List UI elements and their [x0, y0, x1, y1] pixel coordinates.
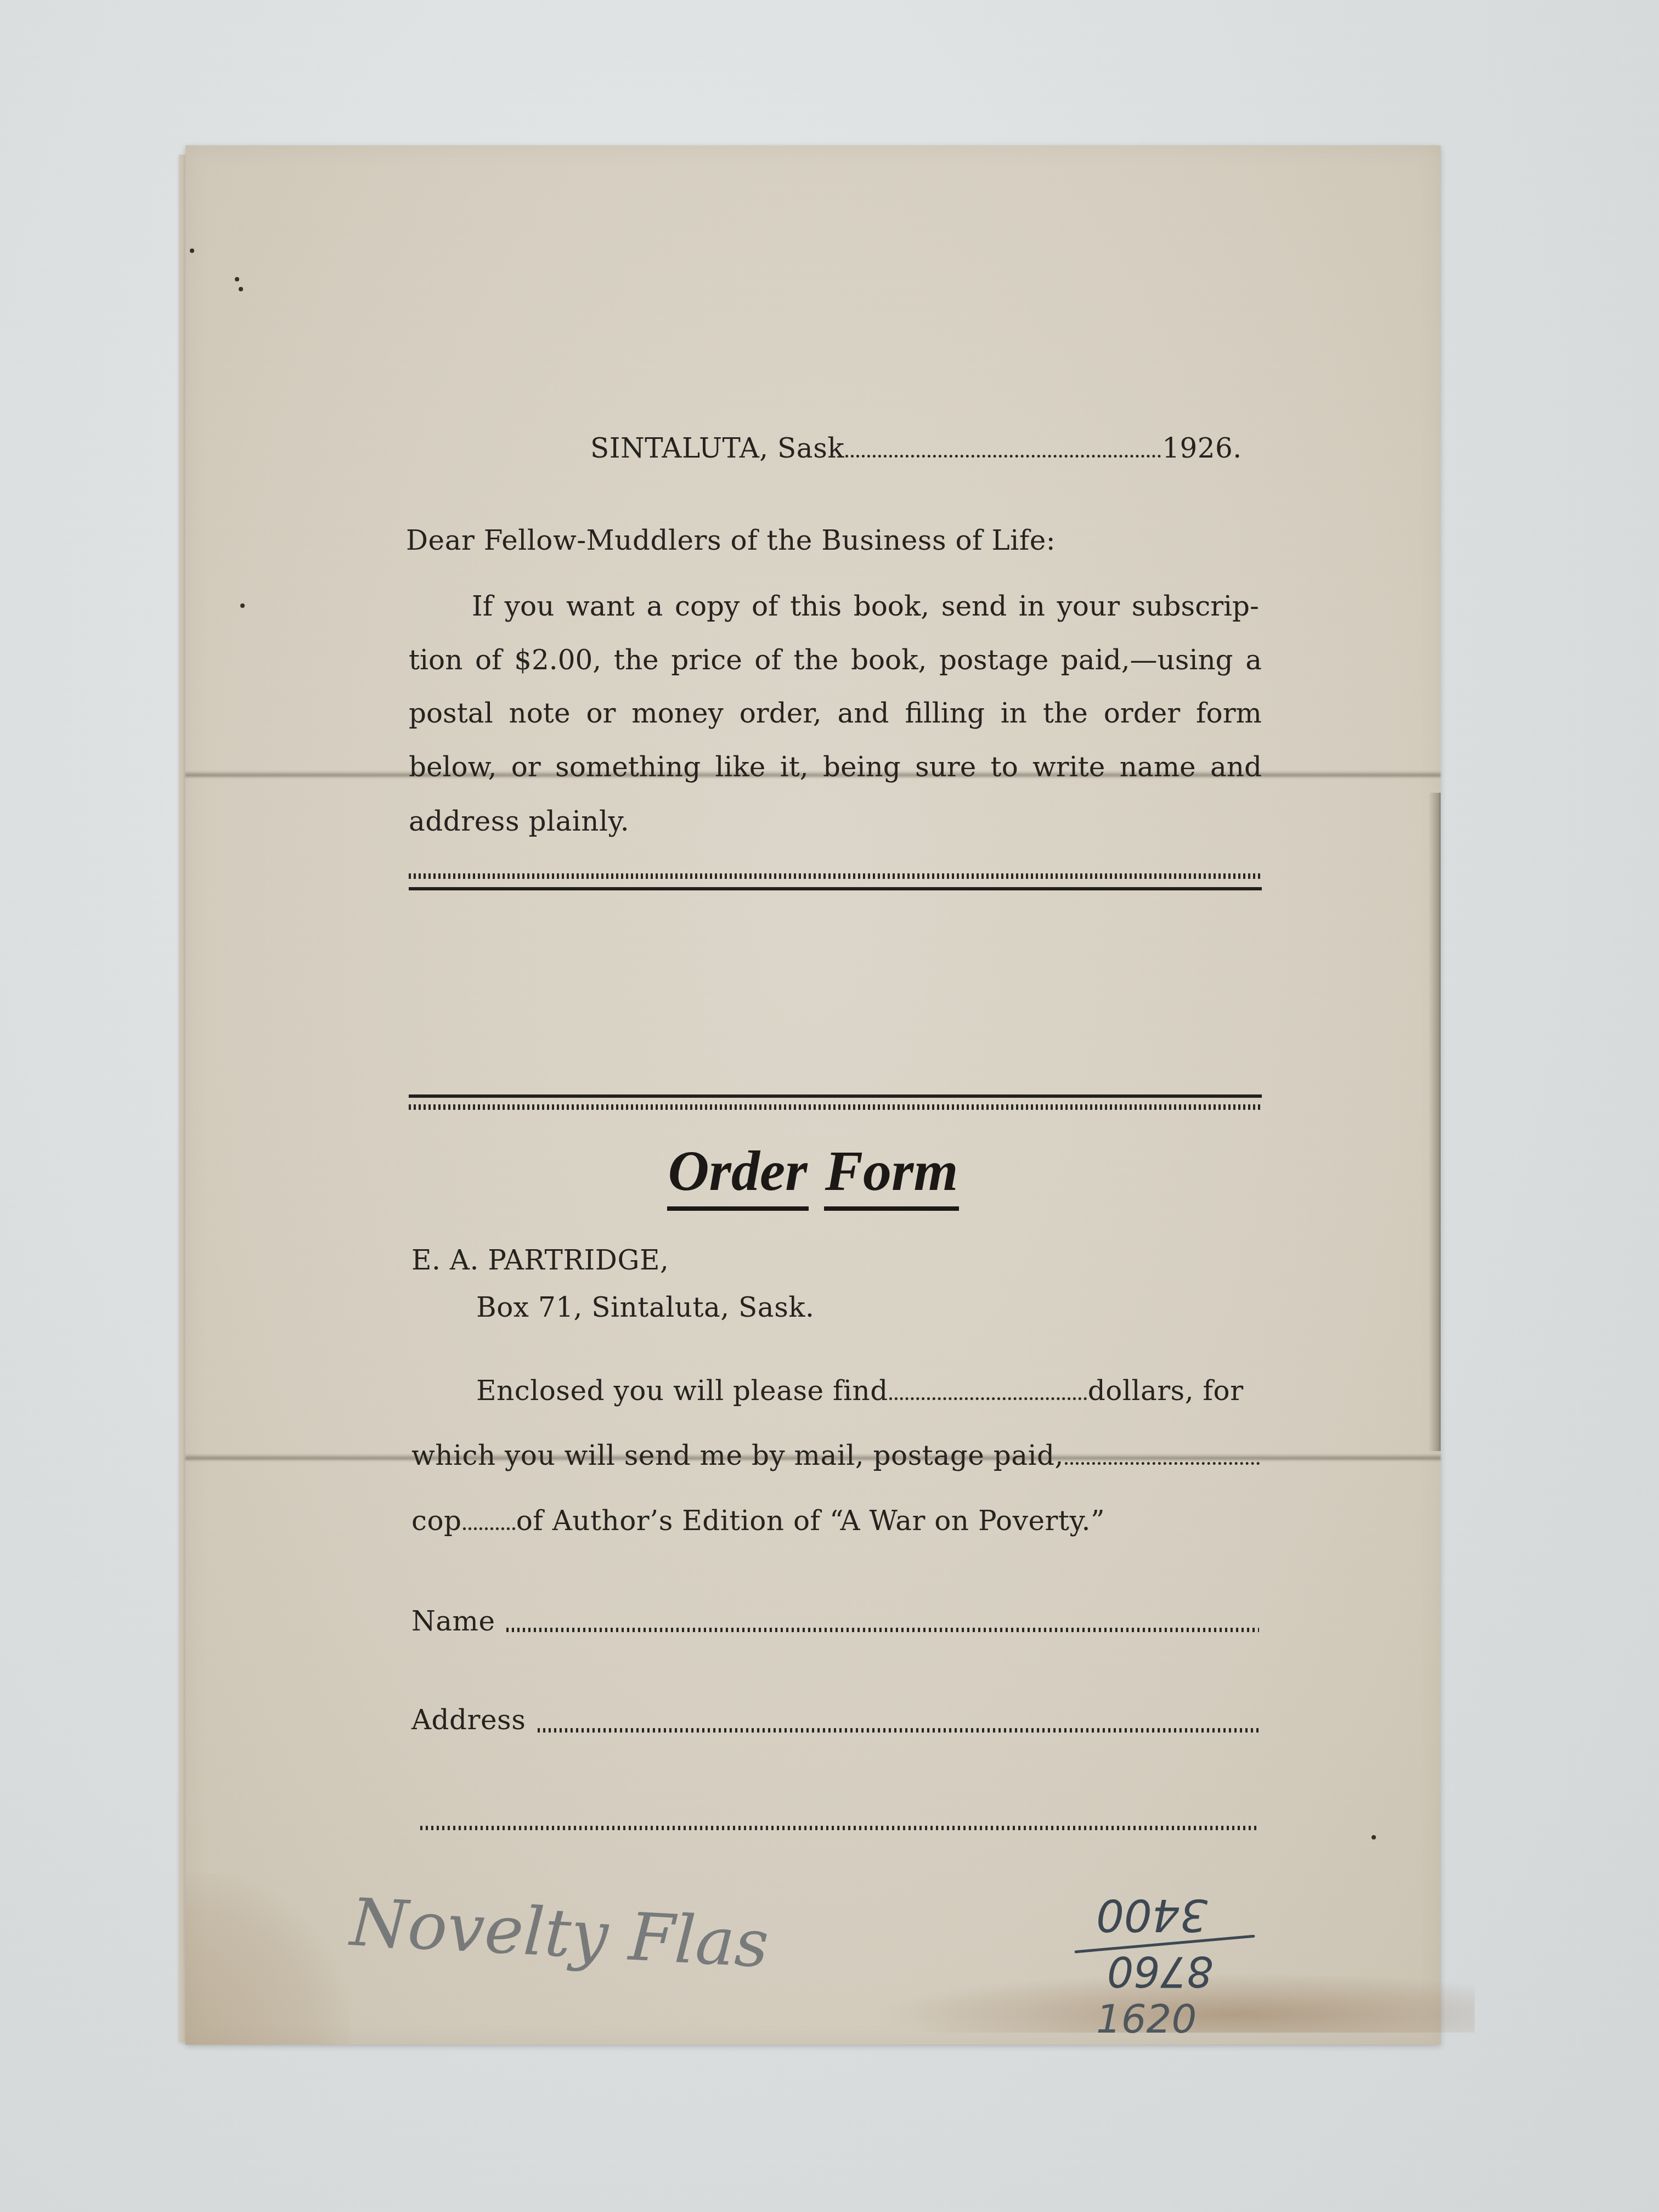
cut-rule-dotted-upper — [409, 873, 1262, 879]
body-line-4: below, or something like it, being sure … — [409, 751, 1262, 783]
address-label: Address — [411, 1703, 526, 1736]
order-form-document: SINTALUTA, Sask1926. Dear Fellow-Muddler… — [185, 145, 1441, 2045]
water-stain — [185, 1874, 350, 2045]
name-label: Name — [411, 1605, 495, 1638]
cut-rule-solid-upper — [409, 887, 1262, 890]
pencil-number-3: 1620 — [1096, 1997, 1197, 2041]
enclosed-text-end: dollars, for — [1088, 1375, 1244, 1407]
speck — [235, 277, 239, 281]
handwritten-note-left: Novelty Flas — [348, 1884, 771, 1983]
cut-rule-solid-lower — [409, 1094, 1262, 1098]
order-form-title: OrderForm — [185, 1138, 1441, 1211]
salutation: Dear Fellow-Muddlers of the Business of … — [406, 524, 1056, 557]
addressee-name: E. A. PARTRIDGE, — [411, 1244, 669, 1277]
copies-count-blank[interactable] — [1065, 1462, 1260, 1465]
body-line-3: postal note or money order, and filling … — [409, 697, 1262, 730]
body-line-2: tion of $2.00, the price of the book, po… — [409, 644, 1262, 676]
pencil-number-1: 3400 — [1096, 1890, 1208, 1939]
date-blank-dots — [845, 455, 1161, 458]
heading-place: SINTALUTA, Sask — [590, 432, 844, 464]
pencil-number-2: 8760 — [1107, 1948, 1213, 1995]
body-line-5: address plainly. — [409, 805, 629, 838]
copies-suffix-blank[interactable] — [463, 1527, 515, 1530]
address-field-line-1[interactable] — [538, 1728, 1259, 1733]
speck — [239, 287, 243, 291]
dollars-amount-blank[interactable] — [889, 1397, 1087, 1400]
addressee-address: Box 71, Sintaluta, Sask. — [476, 1291, 815, 1324]
name-field[interactable] — [506, 1628, 1259, 1632]
handwritten-numbers: 3400 8760 1620 — [1074, 1890, 1283, 2033]
place-date-line: SINTALUTA, Sask1926. — [590, 432, 1242, 465]
edition-text: of Author’s Edition of “A War on Poverty… — [516, 1505, 1105, 1537]
speck — [190, 249, 194, 253]
body-line-1: If you want a copy of this book, send in… — [472, 590, 1259, 623]
enclosed-line-1: Enclosed you will please finddollars, fo… — [476, 1374, 1244, 1407]
speck — [240, 603, 245, 608]
edge-wear — [1429, 793, 1441, 1451]
cut-rule-dotted-lower — [409, 1104, 1262, 1110]
enclosed-line-2: which you will send me by mail, postage … — [411, 1439, 1261, 1472]
enclosed-text-start: Enclosed you will please find — [476, 1375, 888, 1407]
title-word-order: Order — [667, 1138, 809, 1211]
copies-prefix: cop — [411, 1505, 462, 1537]
heading-year: 1926. — [1162, 432, 1242, 464]
speck — [1372, 1835, 1376, 1839]
mail-text: which you will send me by mail, postage … — [411, 1440, 1064, 1471]
enclosed-line-3: copof Author’s Edition of “A War on Pove… — [411, 1504, 1105, 1537]
address-field-line-2[interactable] — [420, 1826, 1259, 1830]
title-word-form: Form — [824, 1138, 960, 1211]
